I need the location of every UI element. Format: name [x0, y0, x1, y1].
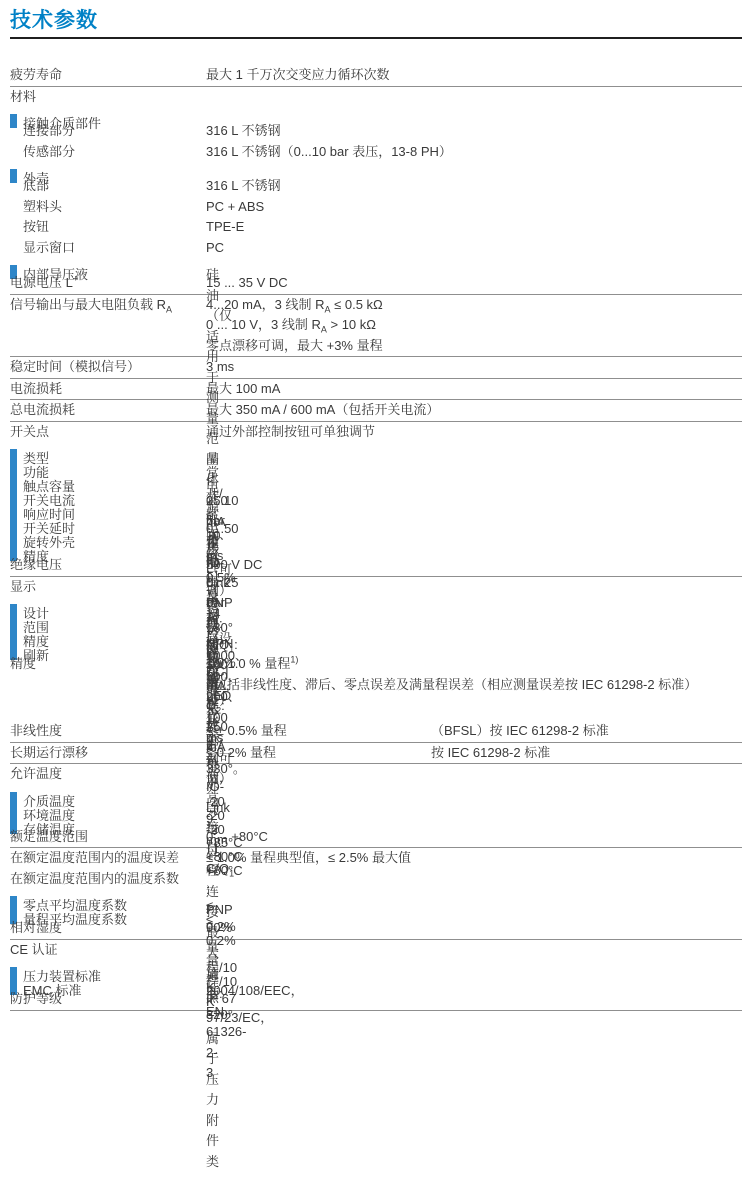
spec-label: 在额定温度范围内的温度误差: [10, 848, 179, 869]
spec-label: 在额定温度范围内的温度系数: [10, 869, 179, 890]
spacer: [10, 695, 742, 721]
spec-value: 15 ... 35 V DC: [206, 273, 742, 294]
spec-label-cell: 额定温度范围: [10, 827, 206, 848]
spec-value: PC: [206, 238, 742, 259]
spec-row: 非线性度 ≤ ± 0.5% 量程（BFSL）按 IEC 61298-2 标准: [10, 721, 742, 743]
spec-row: 压力装置标准 遵照 97/23/EC，属于压力附件类: [10, 967, 17, 974]
spec-row: 显示窗口 PC: [10, 238, 742, 259]
spec-label: 按钮: [23, 217, 49, 238]
spec-row: 材料: [10, 87, 742, 108]
spec-label-cell: 在额定温度范围内的温度误差: [10, 848, 206, 869]
spec-row: 信号输出与最大电阻负载 RA 4...20 mA，3 线制 RA ≤ 0.5 k…: [10, 295, 742, 358]
spec-label-cell: 相对湿度: [10, 918, 206, 939]
title-divider: [10, 37, 742, 39]
spec-value: TPE-E: [206, 217, 742, 238]
spec-row: 环境温度 -20 ... +80°C: [10, 806, 17, 813]
spec-label: 传感部分: [23, 142, 75, 163]
spec-row: 类型 晶体管开关输出 PNP 或 NPN 数量: 1 或 2带 IO-Link …: [10, 449, 17, 456]
bullet-icon: [10, 484, 17, 491]
spec-value-cell: IP 67: [206, 989, 742, 1010]
spec-value: 最大 1 千万次交变应力循环次数: [206, 65, 742, 86]
spec-label-cell: 开关点: [10, 422, 206, 443]
spec-row: 稳定时间（模拟信号） 3 ms: [10, 357, 742, 379]
spec-row: 精度 ≤ ± 1.0 % 量程1)1)包括非线性度、滞后、零点误差及满量程误差（…: [10, 654, 742, 695]
spec-value: 316 L 不锈钢: [206, 176, 742, 197]
spec-value: ≤ 0.2% 量程: [206, 743, 431, 764]
spec-row: 接触介质部件: [10, 114, 17, 121]
bullet-icon: [10, 611, 17, 618]
spec-value-cell: PC + ABS: [206, 197, 742, 218]
spec-value-cell: PC: [206, 238, 742, 259]
spec-value: IP 67: [206, 989, 742, 1010]
bullet-icon: [10, 974, 17, 981]
bullet-icon: [10, 813, 17, 820]
spec-value: 零点漂移可调，最大 +3% 量程: [206, 336, 742, 357]
spec-row: 开关电流 250 mA带 IO-Link 接口: C/Q1: 100 mA，Q2…: [10, 491, 17, 498]
spec-label-cell: 底部: [10, 176, 206, 197]
spec-label: 稳定时间（模拟信号）: [10, 357, 140, 378]
spec-row: 电流损耗 最大 100 mA: [10, 379, 742, 401]
spec-value-cell: 最大 1 千万次交变应力循环次数: [206, 65, 742, 86]
spec-label: 绝缘电压: [10, 555, 62, 576]
spec-label-cell: 电流损耗: [10, 379, 206, 400]
spec-label: 连接部分: [23, 121, 75, 142]
spec-label-cell: 信号输出与最大电阻负载 RA: [10, 295, 206, 316]
spec-value: 通过外部控制按钮可单独调节: [206, 422, 742, 443]
spec-row: 防护等级 IP 67: [10, 989, 742, 1011]
spec-value-cell: 500 V DC: [206, 555, 742, 576]
spec-label: 电源电压 L+: [10, 273, 78, 294]
spec-row: 外壳: [10, 169, 17, 176]
spec-value-cell: ≤ 0.2% 量程按 IEC 61298-2 标准: [206, 743, 742, 764]
bullet-icon: [10, 512, 17, 519]
spec-value: 0 ... +80°C: [206, 827, 742, 848]
spec-value: 最大 100 mA: [206, 379, 742, 400]
spec-label-cell: 总电流损耗: [10, 400, 206, 421]
datasheet-page: 技术参数 疲劳寿命 最大 1 千万次交变应力循环次数 材料 接触介质部件 连接部…: [0, 0, 752, 1203]
spec-row: 长期运行漂移 ≤ 0.2% 量程按 IEC 61298-2 标准: [10, 743, 742, 765]
spec-value-cell: 316 L 不锈钢（0...10 bar 表压，13-8 PH）: [206, 142, 742, 163]
spec-label-cell: 防护等级: [10, 989, 206, 1010]
spec-value: 最大 350 mA / 600 mA（包括开关电流）: [206, 400, 742, 421]
spec-label-cell: 稳定时间（模拟信号）: [10, 357, 206, 378]
spec-row: 范围 180° 反转显示: [10, 618, 17, 625]
spec-value: 90%: [206, 918, 742, 939]
spec-value: 0 ... 10 V，3 线制 RA > 10 kΩ: [206, 315, 742, 336]
spec-value: 500 V DC: [206, 555, 742, 576]
spec-value-cell: 316 L 不锈钢: [206, 176, 742, 197]
spec-row: 连接部分 316 L 不锈钢: [10, 121, 742, 142]
spec-label: CE 认证: [10, 940, 58, 961]
spec-row: 精度 ≤ 1.0% 量程 ± 1位: [10, 632, 17, 639]
spec-value-cell: 4...20 mA，3 线制 RA ≤ 0.5 kΩ0 ... 10 V，3 线…: [206, 295, 742, 357]
spec-label-cell: 显示: [10, 577, 206, 598]
spec-row: 开关延时 0...50 秒（可调）: [10, 519, 17, 526]
spec-row: 存储温度 -20 ... +80°C: [10, 820, 17, 827]
spec-value-cell: 0 ... +80°C: [206, 827, 742, 848]
spec-row: 塑料头 PC + ABS: [10, 197, 742, 218]
spec-label-cell: 精度: [10, 654, 206, 675]
spec-row: 介质温度 -20 ... +85°C: [10, 792, 17, 799]
spec-row: 响应时间 ≤ 10 ms: [10, 505, 17, 512]
spec-label-cell: 电源电压 L+: [10, 273, 206, 294]
spec-note: 按 IEC 61298-2 标准: [431, 743, 742, 764]
spec-note: （BFSL）按 IEC 61298-2 标准: [431, 721, 742, 742]
spec-row: 旋转外壳 显示与电气插头最大旋度: 330°。外壳与过程连接最大旋度: 320°: [10, 533, 17, 540]
spec-value: ≤ ± 0.5% 量程: [206, 721, 431, 742]
spec-value: 316 L 不锈钢（0...10 bar 表压，13-8 PH）: [206, 142, 742, 163]
spec-label-cell: 材料: [10, 87, 206, 108]
spec-label: 防护等级: [10, 989, 62, 1010]
spec-label: 材料: [10, 87, 36, 108]
spec-label-cell: 连接部分: [10, 121, 206, 142]
bullet-icon: [10, 799, 17, 806]
bullet-icon: [10, 498, 17, 505]
bullet-icon: [10, 540, 17, 547]
spec-label-cell: 在额定温度范围内的温度系数: [10, 869, 206, 890]
spec-row: 传感部分 316 L 不锈钢（0...10 bar 表压，13-8 PH）: [10, 142, 742, 163]
spec-row: 功能 常开/常闭、窗口及滞后功能可任意调节: [10, 463, 17, 470]
page-title: 技术参数: [10, 8, 742, 34]
spec-label: 信号输出与最大电阻负载 RA: [10, 295, 172, 316]
spec-value-cell: 316 L 不锈钢: [206, 121, 742, 142]
spec-label: 底部: [23, 176, 49, 197]
spec-label-cell: 塑料头: [10, 197, 206, 218]
spec-row: 在额定温度范围内的温度误差 ≤ 1.0% 量程典型值，≤ 2.5% 最大值: [10, 848, 742, 869]
spec-label-cell: 绝缘电压: [10, 555, 206, 576]
spec-table: 疲劳寿命 最大 1 千万次交变应力循环次数 材料 接触介质部件 连接部分 316…: [10, 65, 742, 1011]
spec-value-cell: 最大 350 mA / 600 mA（包括开关电流）: [206, 400, 742, 421]
spec-value-cell: 3 ms: [206, 357, 742, 378]
spec-value-cell: 通过外部控制按钮可单独调节: [206, 422, 742, 443]
bullet-icon: [10, 625, 17, 632]
spec-label: 总电流损耗: [10, 400, 75, 421]
spec-label-cell: 非线性度: [10, 721, 206, 742]
spec-row: 在额定温度范围内的温度系数: [10, 869, 742, 890]
spec-row: 相对湿度 90%: [10, 918, 742, 940]
spec-value-cell: ≤ 1.0% 量程典型值，≤ 2.5% 最大值: [206, 848, 742, 869]
spec-value-cell: 90%: [206, 918, 742, 939]
spec-label: 电流损耗: [10, 379, 62, 400]
spec-row: 零点平均温度系数 ≤ 0.2% 量程/10 K: [10, 896, 17, 903]
bullet-icon: [10, 456, 17, 463]
spec-row: 允许温度: [10, 764, 742, 785]
spec-row: 刷新 1000、500、200、100 ms（可调）: [10, 646, 17, 654]
spec-row: 疲劳寿命 最大 1 千万次交变应力循环次数: [10, 65, 742, 87]
spec-label: 长期运行漂移: [10, 743, 88, 764]
spec-label-cell: 显示窗口: [10, 238, 206, 259]
spec-label-cell: CE 认证: [10, 940, 206, 961]
spec-row: 设计 14 段蓝色 LED 显示，4 位，高 9 mm: [10, 604, 17, 611]
spec-row: EMC 标准 2004/108/EEC，EN 61326-2-3: [10, 981, 17, 989]
spec-row: 触点容量 电源电压 L+ - 1 V [V DC]: [10, 477, 17, 484]
spec-value: PC + ABS: [206, 197, 742, 218]
spec-label: 开关点: [10, 422, 49, 443]
spec-value: ≤ ± 1.0 % 量程1): [206, 654, 742, 675]
bullet-icon: [10, 470, 17, 477]
spec-label-cell: 长期运行漂移: [10, 743, 206, 764]
spec-label: 相对湿度: [10, 918, 62, 939]
spec-label: 额定温度范围: [10, 827, 88, 848]
spec-row: 按钮 TPE-E: [10, 217, 742, 238]
spec-label-cell: 疲劳寿命: [10, 65, 206, 86]
bullet-icon: [10, 903, 17, 910]
spec-value: 316 L 不锈钢: [206, 121, 742, 142]
spec-label: 塑料头: [23, 197, 62, 218]
spec-row: 额定温度范围 0 ... +80°C: [10, 827, 742, 849]
spec-value-cell: TPE-E: [206, 217, 742, 238]
spec-value-cell: ≤ ± 0.5% 量程（BFSL）按 IEC 61298-2 标准: [206, 721, 742, 742]
bullet-icon: [10, 526, 17, 533]
spec-label-cell: 传感部分: [10, 142, 206, 163]
spec-value-cell: 15 ... 35 V DC: [206, 273, 742, 294]
spec-value: 1)包括非线性度、滞后、零点误差及满量程误差（相应测量误差按 IEC 61298…: [206, 675, 742, 696]
spec-label: 精度: [10, 654, 36, 675]
spec-label: 非线性度: [10, 721, 62, 742]
spec-value-cell: ≤ ± 1.0 % 量程1)1)包括非线性度、滞后、零点误差及满量程误差（相应测…: [206, 654, 742, 695]
spec-row: 量程平均温度系数 ≤ 0.2% 量程/10 K: [10, 910, 17, 918]
spec-row: 绝缘电压 500 V DC: [10, 555, 742, 577]
spec-value: ≤ 1.0% 量程典型值，≤ 2.5% 最大值: [206, 848, 742, 869]
spec-value: 3 ms: [206, 357, 742, 378]
spec-row: 精度 ≤ 0.5% 量程（设置精度）: [10, 547, 17, 555]
spec-row: 内部导压液 硅油（仅适用于测量范围 < 0...10 bar 和 < 0...2…: [10, 265, 17, 273]
spec-label: 允许温度: [10, 764, 62, 785]
spec-row: 总电流损耗 最大 350 mA / 600 mA（包括开关电流）: [10, 400, 742, 422]
spec-label: 疲劳寿命: [10, 65, 62, 86]
spec-label-cell: 允许温度: [10, 764, 206, 785]
bullet-icon: [10, 639, 17, 646]
spec-row: CE 认证: [10, 940, 742, 961]
spec-row: 显示: [10, 577, 742, 598]
spec-row: 电源电压 L+ 15 ... 35 V DC: [10, 273, 742, 295]
spec-label: 显示窗口: [23, 238, 75, 259]
spec-label: 显示: [10, 577, 36, 598]
spec-value: 4...20 mA，3 线制 RA ≤ 0.5 kΩ: [206, 295, 742, 316]
spec-row: 底部 316 L 不锈钢: [10, 176, 742, 197]
spec-value-cell: 最大 100 mA: [206, 379, 742, 400]
spec-row: 开关点 通过外部控制按钮可单独调节: [10, 422, 742, 443]
spec-label-cell: 按钮: [10, 217, 206, 238]
